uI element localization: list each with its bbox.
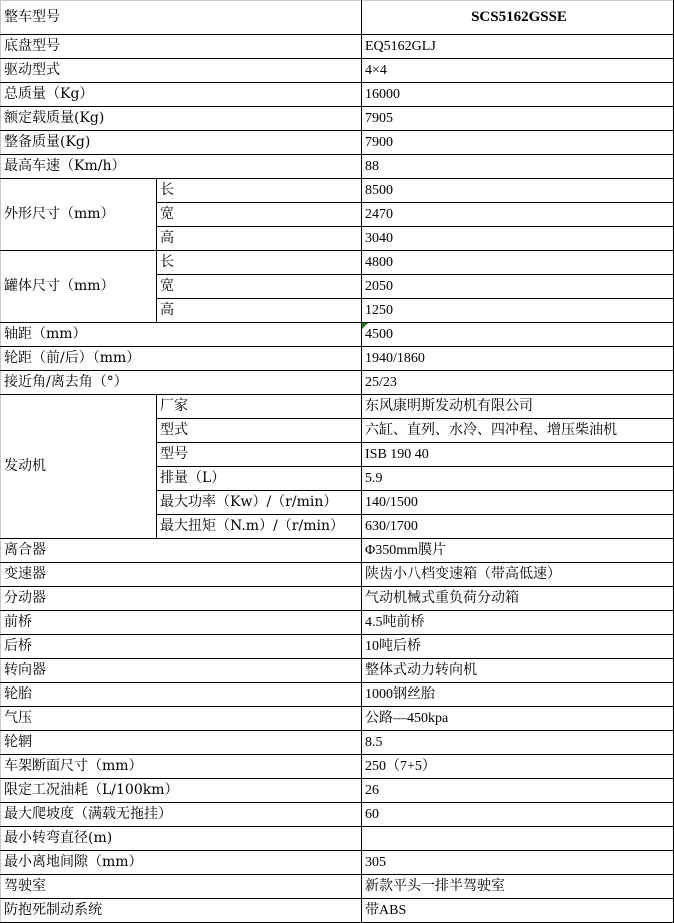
value-cell[interactable]: 新款平头一排半驾驶室: [362, 875, 674, 899]
table-row-vehicle-model: 整车型号 SCS5162GSSE: [1, 1, 674, 35]
sub-label-cell[interactable]: 高: [157, 227, 362, 251]
value-cell[interactable]: [362, 827, 674, 851]
table-row-engine-maker: 发动机 厂家 东风康明斯发动机有限公司: [1, 395, 674, 419]
label-cell[interactable]: 气压: [1, 707, 362, 731]
value-cell[interactable]: SCS5162GSSE: [362, 1, 674, 35]
sub-label-cell[interactable]: 宽: [157, 203, 362, 227]
sub-label-cell[interactable]: 排量（L）: [157, 467, 362, 491]
label-cell[interactable]: 整车型号: [1, 1, 362, 35]
label-cell[interactable]: 驾驶室: [1, 875, 362, 899]
value-cell[interactable]: 10吨后桥: [362, 635, 674, 659]
value-cell[interactable]: 305: [362, 851, 674, 875]
value-cell[interactable]: 带ABS: [362, 899, 674, 923]
sub-label-cell[interactable]: 长: [157, 251, 362, 275]
value-cell[interactable]: 8.5: [362, 731, 674, 755]
value-cell[interactable]: 250（7+5）: [362, 755, 674, 779]
table-row-cab: 驾驶室 新款平头一排半驾驶室: [1, 875, 674, 899]
label-cell[interactable]: 车架断面尺寸（mm）: [1, 755, 362, 779]
label-cell[interactable]: 最小离地间隙（mm）: [1, 851, 362, 875]
value-cell[interactable]: 气动机械式重负荷分动箱: [362, 587, 674, 611]
value-cell[interactable]: 1250: [362, 299, 674, 323]
table-row-angles: 接近角/离去角（°） 25/23: [1, 371, 674, 395]
table-row-drive-type: 驱动型式 4×4: [1, 59, 674, 83]
table-row-rated-load: 额定载质量(Kg) 7905: [1, 107, 674, 131]
group-label-cell[interactable]: 发动机: [1, 395, 157, 539]
spec-table: 整车型号 SCS5162GSSE 底盘型号 EQ5162GLJ 驱动型式 4×4…: [0, 0, 674, 923]
value-cell[interactable]: 140/1500: [362, 491, 674, 515]
label-cell[interactable]: 额定载质量(Kg): [1, 107, 362, 131]
label-cell[interactable]: 整备质量(Kg): [1, 131, 362, 155]
table-row-curb-mass: 整备质量(Kg) 7900: [1, 131, 674, 155]
value-cell[interactable]: 整体式动力转向机: [362, 659, 674, 683]
sub-label-cell[interactable]: 型式: [157, 419, 362, 443]
value-cell[interactable]: 2050: [362, 275, 674, 299]
label-cell[interactable]: 轮辋: [1, 731, 362, 755]
value-cell[interactable]: 7900: [362, 131, 674, 155]
label-cell[interactable]: 限定工况油耗（L/100km）: [1, 779, 362, 803]
value-cell[interactable]: 3040: [362, 227, 674, 251]
table-row-rear-axle: 后桥 10吨后桥: [1, 635, 674, 659]
label-cell[interactable]: 防抱死制动系统: [1, 899, 362, 923]
value-cell[interactable]: 8500: [362, 179, 674, 203]
value-cell[interactable]: 4.5吨前桥: [362, 611, 674, 635]
label-cell[interactable]: 最大爬坡度（满载无拖挂）: [1, 803, 362, 827]
table-row-max-grade: 最大爬坡度（满载无拖挂） 60: [1, 803, 674, 827]
value-cell[interactable]: 5.9: [362, 467, 674, 491]
label-cell[interactable]: 接近角/离去角（°）: [1, 371, 362, 395]
value-cell[interactable]: EQ5162GLJ: [362, 35, 674, 59]
label-cell[interactable]: 底盘型号: [1, 35, 362, 59]
value-cell[interactable]: ISB 190 40: [362, 443, 674, 467]
value-cell[interactable]: 陕齿小八档变速箱（带高低速）: [362, 563, 674, 587]
label-cell[interactable]: 轴距（mm）: [1, 323, 362, 347]
sub-label-cell[interactable]: 宽: [157, 275, 362, 299]
value-cell[interactable]: 630/1700: [362, 515, 674, 539]
table-row-wheelbase: 轴距（mm） 4500: [1, 323, 674, 347]
comment-indicator-icon: [362, 323, 368, 329]
sub-label-cell[interactable]: 长: [157, 179, 362, 203]
group-label-cell[interactable]: 外形尺寸（mm）: [1, 179, 157, 251]
label-cell[interactable]: 轮距（前/后）（mm）: [1, 347, 362, 371]
table-row-abs: 防抱死制动系统 带ABS: [1, 899, 674, 923]
table-row-max-speed: 最高车速（Km/h） 88: [1, 155, 674, 179]
table-row-track: 轮距（前/后）（mm） 1940/1860: [1, 347, 674, 371]
label-cell[interactable]: 驱动型式: [1, 59, 362, 83]
value-cell[interactable]: 25/23: [362, 371, 674, 395]
label-cell[interactable]: 离合器: [1, 539, 362, 563]
table-row-gearbox: 变速器 陕齿小八档变速箱（带高低速）: [1, 563, 674, 587]
label-cell[interactable]: 转向器: [1, 659, 362, 683]
label-cell[interactable]: 前桥: [1, 611, 362, 635]
table-row-tires: 轮胎 1000钢丝胎: [1, 683, 674, 707]
value-cell[interactable]: 4×4: [362, 59, 674, 83]
table-row-min-turning-diameter: 最小转弯直径(m): [1, 827, 674, 851]
value-cell[interactable]: 7905: [362, 107, 674, 131]
table-row-fuel-consumption: 限定工况油耗（L/100km） 26: [1, 779, 674, 803]
sub-label-cell[interactable]: 最大功率（Kw）/（r/min）: [157, 491, 362, 515]
value-cell[interactable]: 东风康明斯发动机有限公司: [362, 395, 674, 419]
table-row-transfer-case: 分动器 气动机械式重负荷分动箱: [1, 587, 674, 611]
label-cell[interactable]: 最小转弯直径(m): [1, 827, 362, 851]
table-row-chassis-model: 底盘型号 EQ5162GLJ: [1, 35, 674, 59]
value-text: 4500: [365, 327, 393, 342]
label-cell[interactable]: 分动器: [1, 587, 362, 611]
table-row-front-axle: 前桥 4.5吨前桥: [1, 611, 674, 635]
label-cell[interactable]: 后桥: [1, 635, 362, 659]
table-row-tank-length: 罐体尺寸（mm） 长 4800: [1, 251, 674, 275]
label-cell[interactable]: 总质量（Kg）: [1, 83, 362, 107]
table-row-min-ground-clearance: 最小离地间隙（mm） 305: [1, 851, 674, 875]
sub-label-cell[interactable]: 高: [157, 299, 362, 323]
value-cell[interactable]: 60: [362, 803, 674, 827]
label-cell[interactable]: 轮胎: [1, 683, 362, 707]
sub-label-cell[interactable]: 型号: [157, 443, 362, 467]
value-cell[interactable]: 88: [362, 155, 674, 179]
value-cell[interactable]: 16000: [362, 83, 674, 107]
value-cell[interactable]: 4800: [362, 251, 674, 275]
value-cell[interactable]: 2470: [362, 203, 674, 227]
table-row-clutch: 离合器 Φ350mm膜片: [1, 539, 674, 563]
value-cell[interactable]: 六缸、直列、水冷、四冲程、增压柴油机: [362, 419, 674, 443]
table-row-gross-mass: 总质量（Kg） 16000: [1, 83, 674, 107]
value-cell[interactable]: Φ350mm膜片: [362, 539, 674, 563]
table-row-rim: 轮辋 8.5: [1, 731, 674, 755]
label-cell[interactable]: 变速器: [1, 563, 362, 587]
table-row-steering: 转向器 整体式动力转向机: [1, 659, 674, 683]
group-label-cell[interactable]: 罐体尺寸（mm）: [1, 251, 157, 323]
sub-label-cell[interactable]: 最大扭矩（N.m）/（r/min）: [157, 515, 362, 539]
value-cell[interactable]: 4500: [362, 323, 674, 347]
value-cell[interactable]: 1940/1860: [362, 347, 674, 371]
value-cell[interactable]: 26: [362, 779, 674, 803]
value-cell[interactable]: 1000钢丝胎: [362, 683, 674, 707]
value-cell[interactable]: 公路—450kpa: [362, 707, 674, 731]
table-row-air-pressure: 气压 公路—450kpa: [1, 707, 674, 731]
label-cell[interactable]: 最高车速（Km/h）: [1, 155, 362, 179]
table-row-outer-length: 外形尺寸（mm） 长 8500: [1, 179, 674, 203]
sub-label-cell[interactable]: 厂家: [157, 395, 362, 419]
table-row-frame-section: 车架断面尺寸（mm） 250（7+5）: [1, 755, 674, 779]
